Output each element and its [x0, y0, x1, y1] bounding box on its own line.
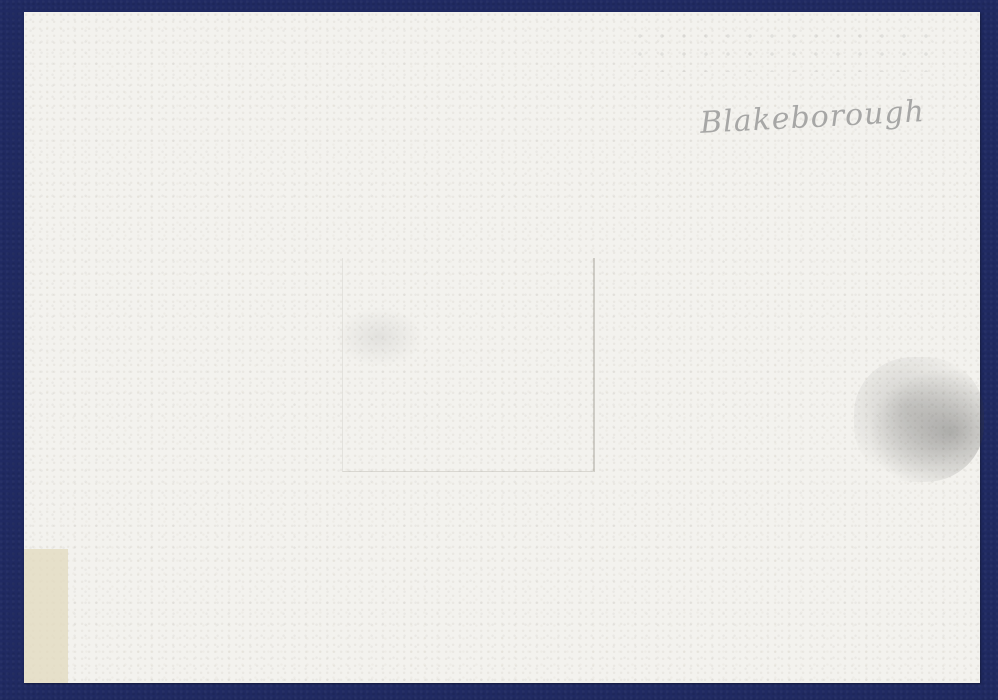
faint-printed-text [629, 27, 929, 72]
photo-card-back: Blakeborough [24, 12, 980, 683]
tape-remnant [24, 549, 68, 683]
pencil-signature: Blakeborough [699, 94, 926, 141]
rectangular-impression [342, 258, 595, 472]
pencil-smudge [854, 357, 984, 482]
